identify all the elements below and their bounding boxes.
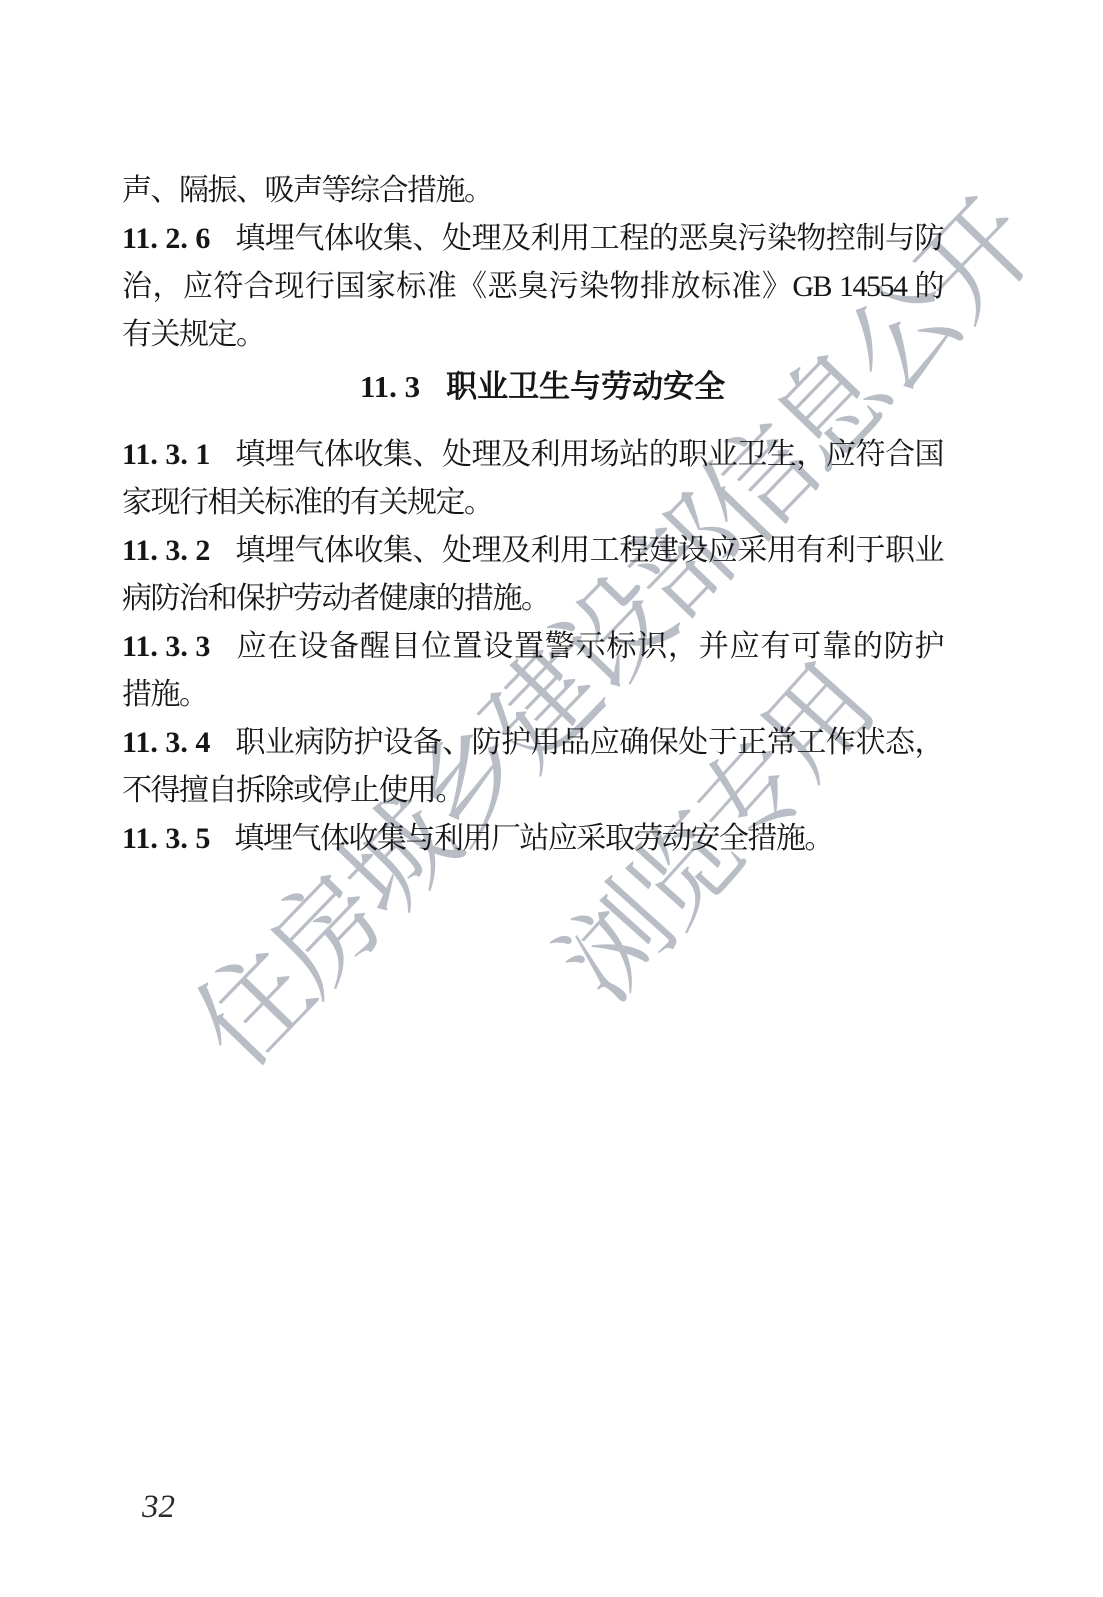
paragraph-continuation-line: 不得擅自拆除或停止使用。 xyxy=(122,767,943,815)
page-number: 32 xyxy=(142,1489,175,1526)
paragraph-text: 病防治和保护劳动者健康的措施。 xyxy=(122,582,550,615)
clause-line-11-3-5: 11. 3. 5填埋气体收集与利用厂站应采取劳动安全措施。 xyxy=(122,815,943,863)
paragraph-text: 有关规定。 xyxy=(122,318,265,351)
clause-text: 职业病防护设备、防护用品应确保处于正常工作状态， xyxy=(234,726,943,759)
paragraph-continuation-line: 家现行相关标准的有关规定。 xyxy=(122,479,943,527)
clause-text: 填埋气体收集、处理及利用工程建设应采用有利于职业 xyxy=(234,534,943,567)
document-body: 声、隔振、吸声等综合措施。 11. 2. 6填埋气体收集、处理及利用工程的恶臭污… xyxy=(122,167,943,863)
clause-number: 11. 3. 5 xyxy=(122,815,210,863)
document-page: 住房城乡建设部信息公开 浏览专用 声、隔振、吸声等综合措施。 11. 2. 6填… xyxy=(0,0,1103,1597)
paragraph-text: 家现行相关标准的有关规定。 xyxy=(122,486,493,519)
clause-number: 11. 3. 3 xyxy=(122,623,210,671)
clause-line-11-3-4: 11. 3. 4职业病防护设备、防护用品应确保处于正常工作状态， xyxy=(122,719,943,767)
paragraph-text: 声、隔振、吸声等综合措施。 xyxy=(122,174,493,207)
paragraph-continuation-line: 措施。 xyxy=(122,671,943,719)
clause-line-11-3-1: 11. 3. 1填埋气体收集、处理及利用场站的职业卫生，应符合国 xyxy=(122,431,943,479)
paragraph-text: 不得擅自拆除或停止使用。 xyxy=(122,774,464,807)
paragraph-text: 治，应符合现行国家标准《恶臭污染物排放标准》GB 14554 的 xyxy=(122,270,943,303)
clause-line-11-2-6: 11. 2. 6填埋气体收集、处理及利用工程的恶臭污染物控制与防 xyxy=(122,215,943,263)
paragraph-continuation-line: 声、隔振、吸声等综合措施。 xyxy=(122,167,943,215)
paragraph-continuation-line: 治，应符合现行国家标准《恶臭污染物排放标准》GB 14554 的 xyxy=(122,263,943,311)
clause-text: 填埋气体收集、处理及利用工程的恶臭污染物控制与防 xyxy=(234,222,943,255)
clause-number: 11. 3. 1 xyxy=(122,431,210,479)
clause-number: 11. 3. 2 xyxy=(122,527,210,575)
section-number: 11. 3 xyxy=(360,363,420,411)
clause-text: 填埋气体收集、处理及利用场站的职业卫生，应符合国 xyxy=(234,438,943,471)
clause-line-11-3-2: 11. 3. 2填埋气体收集、处理及利用工程建设应采用有利于职业 xyxy=(122,527,943,575)
paragraph-text: 措施。 xyxy=(122,678,208,711)
paragraph-continuation-line: 病防治和保护劳动者健康的措施。 xyxy=(122,575,943,623)
clause-number: 11. 2. 6 xyxy=(122,215,210,263)
clause-text: 应在设备醒目位置设置警示标识，并应有可靠的防护 xyxy=(234,630,943,663)
clause-number: 11. 3. 4 xyxy=(122,719,210,767)
section-heading: 11. 3职业卫生与劳动安全 xyxy=(132,363,953,411)
section-title: 职业卫生与劳动安全 xyxy=(446,363,725,411)
paragraph-continuation-line: 有关规定。 xyxy=(122,311,943,359)
clause-text: 填埋气体收集与利用厂站应采取劳动安全措施。 xyxy=(234,822,833,855)
clause-line-11-3-3: 11. 3. 3应在设备醒目位置设置警示标识，并应有可靠的防护 xyxy=(122,623,943,671)
